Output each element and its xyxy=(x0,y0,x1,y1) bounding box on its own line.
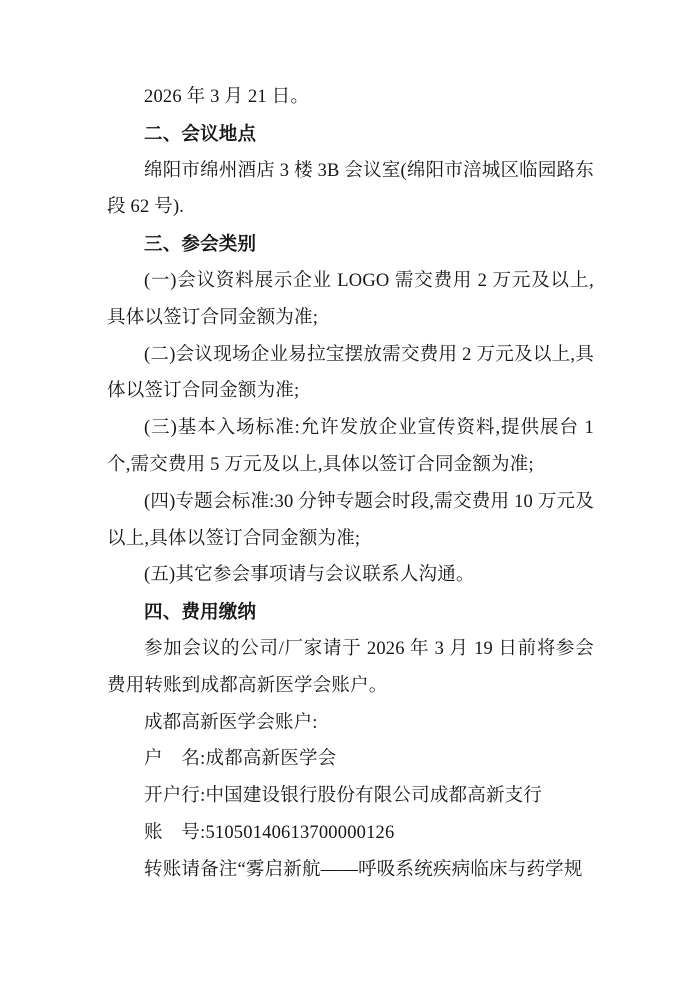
section-heading-meeting-location: 二、会议地点 xyxy=(107,116,594,153)
paragraph-account-number: 账 号:51050140613700000126 xyxy=(107,815,594,852)
paragraph-category-4-symposium: (四)专题会标准:30 分钟专题会时段,需交费用 10 万元及以上,具体以签订合… xyxy=(107,484,594,558)
paragraph-category-5-other-matters: (五)其它参会事项请与会议联系人沟通。 xyxy=(107,557,594,594)
paragraph-meeting-location: 绵阳市绵州酒店 3 楼 3B 会议室(绵阳市涪城区临园路东段 62 号). xyxy=(107,153,594,227)
paragraph-account-holder-name: 户 名:成都高新医学会 xyxy=(107,741,594,778)
paragraph-category-1-logo-display: (一)会议资料展示企业 LOGO 需交费用 2 万元及以上,具体以签订合同金额为… xyxy=(107,263,594,337)
section-heading-fee-payment: 四、费用缴纳 xyxy=(107,594,594,631)
paragraph-account-intro: 成都高新医学会账户: xyxy=(107,705,594,742)
paragraph-bank-branch: 开户行:中国建设银行股份有限公司成都高新支行 xyxy=(107,778,594,815)
document-content: 2026 年 3 月 21 日。 二、会议地点 绵阳市绵州酒店 3 楼 3B 会… xyxy=(107,79,594,889)
section-heading-participation-categories: 三、参会类别 xyxy=(107,226,594,263)
paragraph-category-2-banner-placement: (二)会议现场企业易拉宝摆放需交费用 2 万元及以上,具体以签订合同金额为准; xyxy=(107,337,594,411)
paragraph-category-3-basic-entry: (三)基本入场标准:允许发放企业宣传资料,提供展台 1 个,需交费用 5 万元及… xyxy=(107,410,594,484)
paragraph-payment-deadline: 参加会议的公司/厂家请于 2026 年 3 月 19 日前将参会费用转账到成都高… xyxy=(107,631,594,705)
document-page: 2026 年 3 月 21 日。 二、会议地点 绵阳市绵州酒店 3 楼 3B 会… xyxy=(0,0,700,989)
paragraph-date: 2026 年 3 月 21 日。 xyxy=(107,79,594,116)
paragraph-transfer-remark: 转账请备注“雾启新航——呼吸系统疾病临床与药学规 xyxy=(107,852,594,889)
